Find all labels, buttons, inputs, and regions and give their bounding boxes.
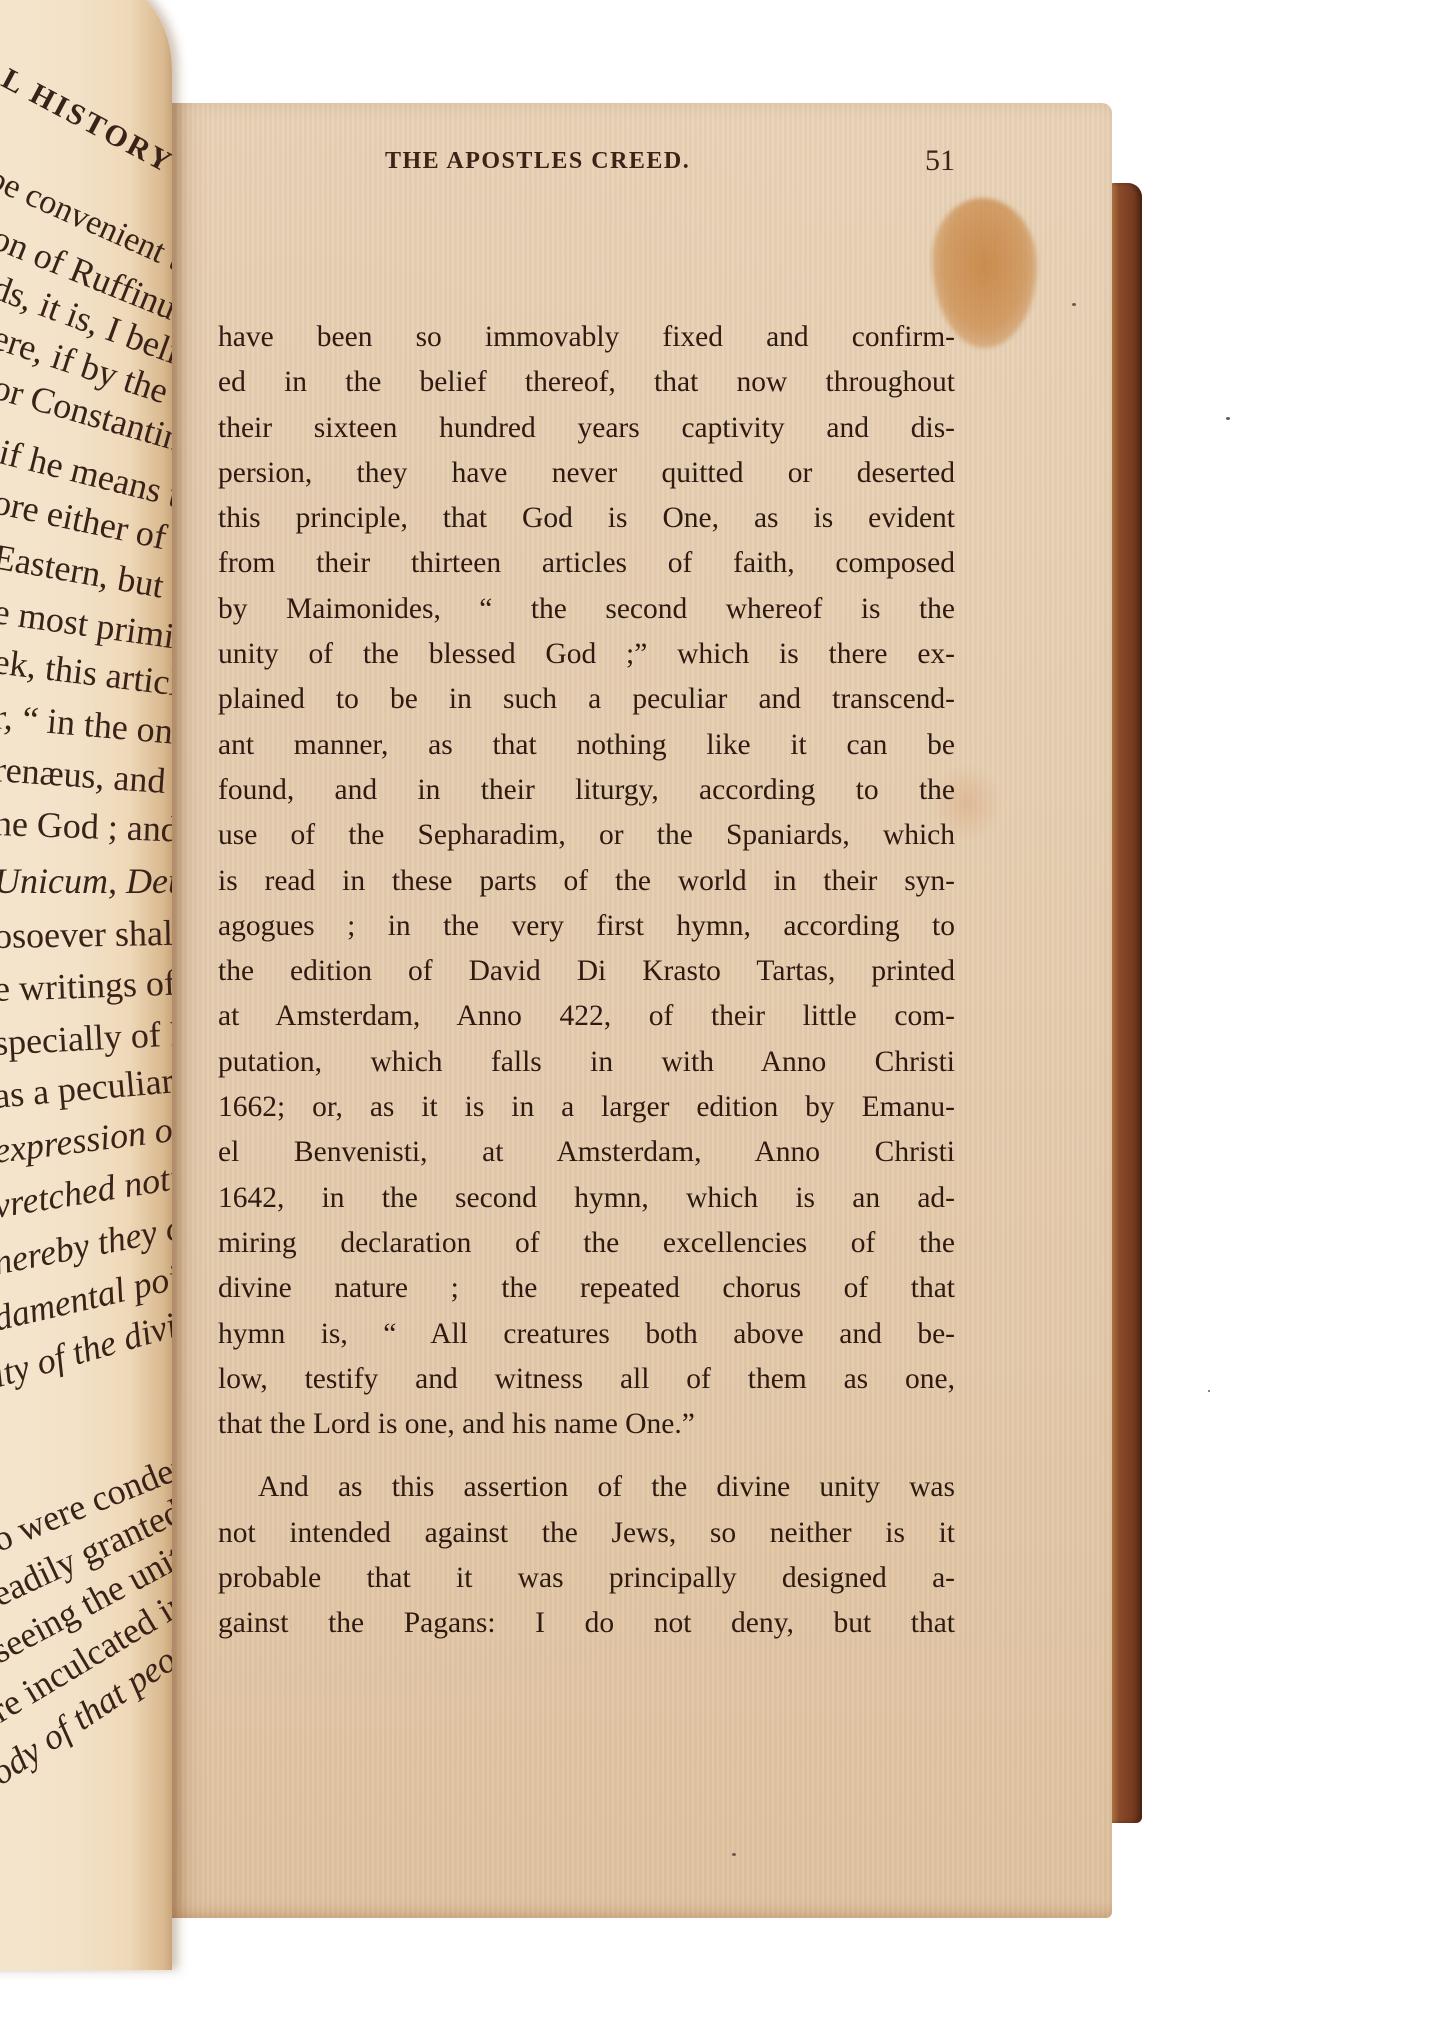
background-speck: [1208, 1390, 1210, 1392]
text-line: osoever shall with: [0, 910, 172, 957]
text-line: use of the Sepharadim, or the Spaniards,…: [218, 813, 955, 858]
text-line: specially of Irenæ: [0, 1009, 172, 1064]
text-line: agogues ; in the very first hymn, accord…: [218, 904, 955, 949]
running-head: THE APOSTLES CREED. 51: [220, 148, 955, 188]
text-line: probable that it was principally designe…: [218, 1556, 955, 1601]
text-line: persion, they have never quitted or dese…: [218, 451, 955, 496]
text-line: 1662; or, as it is in a larger edition b…: [218, 1085, 955, 1130]
paragraph-2: And as this assertion of the divine unit…: [218, 1465, 955, 1646]
text-line: Unicum, Deum, or: [0, 860, 172, 902]
text-line: And as this assertion of the divine unit…: [218, 1465, 955, 1510]
page-number: 51: [925, 144, 955, 178]
left-page-text: L HISTORY OF be convenient to take on of…: [0, 0, 172, 1970]
text-line: hymn is, “ All creatures both above and …: [218, 1312, 955, 1357]
background-speck: [1226, 417, 1230, 420]
text-line: ne God ; and in the: [0, 802, 172, 854]
text-line: 1642, in the second hymn, which is an ad…: [218, 1176, 955, 1221]
text-line: renæus, and three of: [0, 748, 172, 810]
paper-speck: [732, 1853, 736, 1856]
text-line: el Benvenisti, at Amsterdam, Anno Christ…: [218, 1130, 955, 1175]
text-line: not intended against the Jews, so neithe…: [218, 1511, 955, 1556]
text-line: ed in the belief thereof, that now throu…: [218, 360, 955, 405]
text-line: ant manner, as that nothing like it can …: [218, 723, 955, 768]
text-line: low, testify and witness all of them as …: [218, 1357, 955, 1402]
text-line: at Amsterdam, Anno 422, of their little …: [218, 994, 955, 1039]
text-line: the edition of David Di Krasto Tartas, p…: [218, 949, 955, 994]
text-line: gainst the Pagans: I do not deny, but th…: [218, 1601, 955, 1646]
running-title: THE APOSTLES CREED.: [385, 148, 690, 175]
paragraph-gap: [218, 1447, 955, 1465]
text-line: this principle, that God is One, as is e…: [218, 496, 955, 541]
text-line: from their thirteen articles of faith, c…: [218, 541, 955, 586]
text-line: found, and in their liturgy, according t…: [218, 768, 955, 813]
text-line: that the Lord is one, and his name One.”: [218, 1402, 955, 1447]
text-line: by Maimonides, “ the second whereof is t…: [218, 587, 955, 632]
paper-speck: [1072, 303, 1076, 306]
body-text: have been so immovably fixed and confirm…: [218, 315, 955, 1647]
text-line: divine nature ; the repeated chorus of t…: [218, 1266, 955, 1311]
text-line: is read in these parts of the world in t…: [218, 859, 955, 904]
text-line: putation, which falls in with Anno Chris…: [218, 1040, 955, 1085]
text-line: miring declaration of the excellencies o…: [218, 1221, 955, 1266]
left-page: L HISTORY OF be convenient to take on of…: [0, 0, 172, 1970]
paragraph-1: have been so immovably fixed and confirm…: [218, 315, 955, 1447]
text-line: their sixteen hundred years captivity an…: [218, 406, 955, 451]
text-line: have been so immovably fixed and confirm…: [218, 315, 955, 360]
text-line: plained to be in such a peculiar and tra…: [218, 677, 955, 722]
text-line: e writings of the: [0, 960, 172, 1010]
text-line: unity of the blessed God ;” which is the…: [218, 632, 955, 677]
